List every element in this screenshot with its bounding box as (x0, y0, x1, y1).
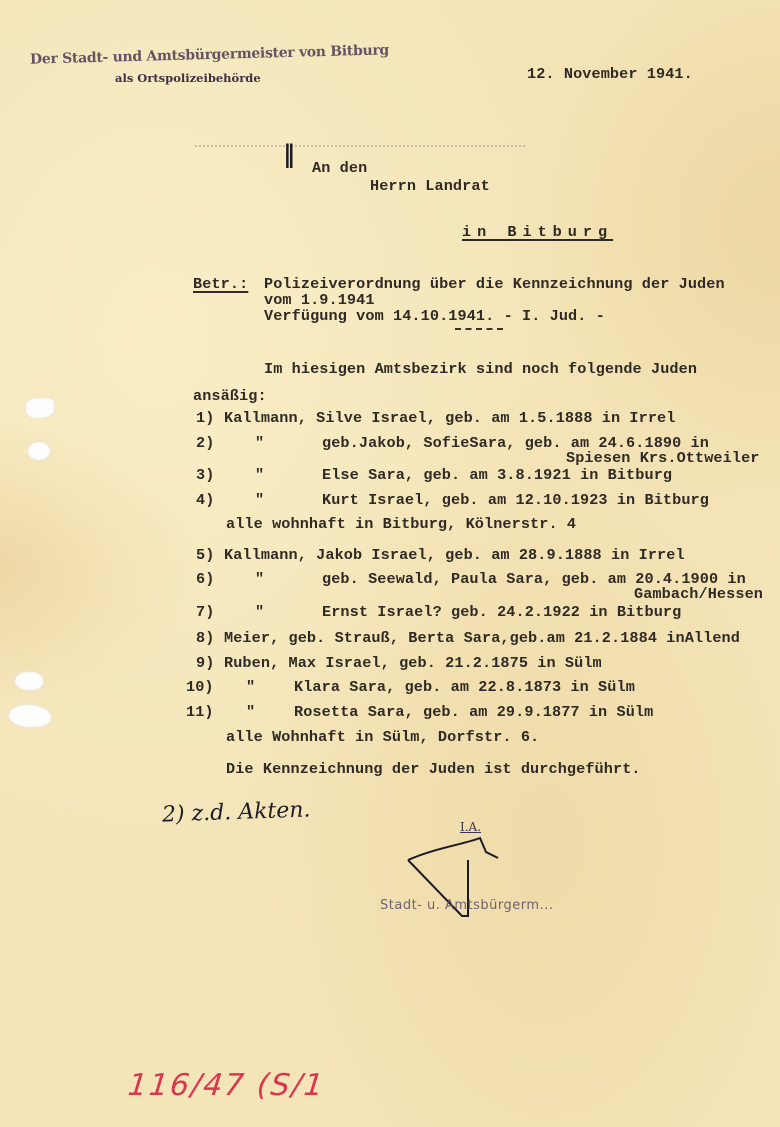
entry-text: Meier, geb. Strauß, Berta Sara,geb.am 21… (224, 630, 740, 647)
archive-number: 116/47 (S/1 (126, 1068, 327, 1103)
handwritten-file-note: 2) z.d. Akten. (162, 797, 311, 827)
recipient-line-2: Herrn Landrat (370, 178, 490, 195)
entry-text: Klara Sara, geb. am 22.8.1873 in Sülm (294, 679, 635, 696)
intro-line-2: ansäßig: (193, 388, 267, 405)
entry-text: Ruben, Max Israel, geb. 21.2.1875 in Sül… (224, 655, 602, 672)
recipient-city: in Bitburg (462, 224, 613, 241)
entry-text: Kallmann, Jakob Israel, geb. am 28.9.188… (224, 547, 685, 564)
intro-line-1: Im hiesigen Amtsbezirk sind noch folgend… (264, 361, 697, 378)
entry-number: 1) (196, 410, 214, 427)
punch-hole (25, 397, 55, 419)
letterhead-stamp-subtitle: als Ortspolizeibehörde (115, 71, 261, 85)
entry-number: 5) (196, 547, 214, 564)
residence-note-1: alle wohnhaft in Bitburg, Kölnerstr. 4 (226, 516, 576, 533)
entry-ditto: " (255, 435, 264, 452)
entry-number: 11) (186, 704, 214, 721)
entry-text: Kurt Israel, geb. am 12.10.1923 in Bitbu… (322, 492, 709, 509)
entry-ditto: " (255, 467, 264, 484)
recipient-line-1: An den (312, 160, 367, 177)
entry-text: Kallmann, Silve Israel, geb. am 1.5.1888… (224, 410, 676, 427)
letterhead-stamp: Der Stadt- und Amtsbürgermeister von Bit… (30, 42, 389, 67)
entry-continuation: Gambach/Hessen (634, 586, 763, 603)
residence-note-2: alle Wohnhaft in Sülm, Dorfstr. 6. (226, 729, 539, 746)
official-stamp-text: Stadt- u. Amtsbürgerm... (380, 898, 553, 913)
entry-ditto: " (255, 604, 264, 621)
entry-ditto: " (255, 492, 264, 509)
margin-mark: ‖ (283, 139, 295, 168)
entry-ditto: " (255, 571, 264, 588)
entry-continuation: Spiesen Krs.Ottweiler (566, 450, 760, 467)
conclusion-text: Die Kennzeichnung der Juden ist durchgef… (226, 761, 641, 778)
subject-label: Betr.: (193, 276, 248, 293)
entry-text: Else Sara, geb. am 3.8.1921 in Bitburg (322, 467, 672, 484)
entry-number: 9) (196, 655, 214, 672)
ghost-typewriter-line (195, 145, 525, 147)
entry-number: 4) (196, 492, 214, 509)
entry-number: 3) (196, 467, 214, 484)
entry-number: 2) (196, 435, 214, 452)
subject-line-3: Verfügung vom 14.10.1941. - I. Jud. - (264, 308, 605, 325)
entry-number: 8) (196, 630, 214, 647)
entry-number: 6) (196, 571, 214, 588)
entry-ditto: " (246, 679, 255, 696)
subject-divider (455, 328, 503, 330)
entry-ditto: " (246, 704, 255, 721)
entry-text: Rosetta Sara, geb. am 29.9.1877 in Sülm (294, 704, 653, 721)
entry-number: 10) (186, 679, 214, 696)
punch-hole (14, 671, 44, 691)
entry-text: Ernst Israel? geb. 24.2.1922 in Bitburg (322, 604, 681, 621)
letter-date: 12. November 1941. (527, 66, 693, 83)
punch-hole (8, 704, 52, 728)
entry-number: 7) (196, 604, 214, 621)
punch-hole (27, 441, 51, 461)
